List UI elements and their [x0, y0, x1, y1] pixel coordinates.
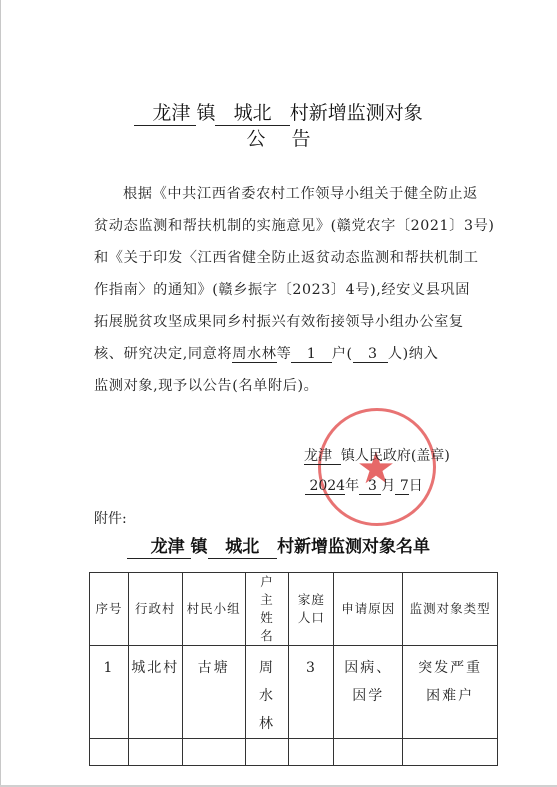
header-reason: 申请原因: [334, 573, 403, 646]
body-line: 监测对象,现予以公告(名单附后)。: [94, 370, 486, 402]
header-family-size: 家庭人口: [289, 573, 334, 646]
title-suffix: 村新增监测对象: [290, 102, 423, 124]
cell-type: 突发严重困难户: [403, 646, 498, 739]
date-month: 3: [359, 478, 381, 495]
table-row: 1 城北村 古塘 周水林 3 因病、因学 突发严重困难户: [90, 646, 498, 739]
household-count: 1: [291, 346, 331, 363]
body-line: 核、研究决定,同意将周水林等 1 户( 3 人)纳入: [94, 338, 486, 370]
cell-group: 古塘: [182, 646, 245, 739]
signature-town: 龙津: [304, 448, 341, 465]
town-name: 龙津: [134, 103, 196, 126]
list-title: 龙津 镇 城北 村新增监测对象名单: [0, 532, 557, 559]
household-head-name: 周水林: [232, 346, 276, 363]
town-suffix: 镇: [196, 102, 215, 124]
announcement-body: 根据《中共江西省委农村工作领导小组关于健全防止返 贫动态监测和帮扶机制的实施意见…: [94, 178, 486, 402]
cell-family-size: 3: [289, 646, 334, 739]
body-line: 作指南〉的通知》(赣乡振字〔2023〕4号),经安义县巩固: [94, 274, 486, 306]
table-header-row: 序号 行政村 村民小组 户主姓名 家庭人口 申请原因 监测对象类型: [90, 573, 498, 646]
document-title: 龙津 镇 城北 村新增监测对象: [0, 98, 557, 126]
body-line: 和《关于印发〈江西省健全防止返贫动态监测和帮扶机制工: [94, 242, 486, 274]
document-subtitle: 公告: [0, 124, 557, 151]
header-head-name: 户主姓名: [245, 573, 289, 646]
cell-head-name: 周水林: [245, 646, 289, 739]
date-year: 2024: [305, 478, 345, 495]
table-row-empty: [90, 739, 498, 766]
body-line: 拓展脱贫攻坚成果同乡村振兴有效衔接领导小组办公室复: [94, 306, 486, 338]
cell-reason: 因病、因学: [334, 646, 403, 739]
header-seq: 序号: [90, 573, 129, 646]
attachment-label: 附件:: [94, 508, 127, 528]
body-line: 根据《中共江西省委农村工作领导小组关于健全防止返: [94, 178, 486, 210]
header-type: 监测对象类型: [403, 573, 498, 646]
signature-date: 2024年 3 月 7日: [305, 475, 423, 495]
header-group: 村民小组: [182, 573, 245, 646]
monitoring-roster-table: 序号 行政村 村民小组 户主姓名 家庭人口 申请原因 监测对象类型 1 城北村 …: [89, 572, 498, 766]
people-count: 3: [353, 346, 388, 363]
list-town: 龙津: [127, 538, 191, 559]
signature: 龙津 镇人民政府(盖章): [304, 445, 450, 465]
cell-seq: 1: [90, 646, 129, 739]
date-day: 7: [395, 478, 408, 495]
village-name: 城北: [215, 103, 289, 126]
body-line: 贫动态监测和帮扶机制的实施意见》(赣党农字〔2021〕3号): [94, 210, 486, 242]
list-village: 城北: [208, 538, 278, 559]
header-village: 行政村: [128, 573, 182, 646]
cell-village: 城北村: [128, 646, 182, 739]
